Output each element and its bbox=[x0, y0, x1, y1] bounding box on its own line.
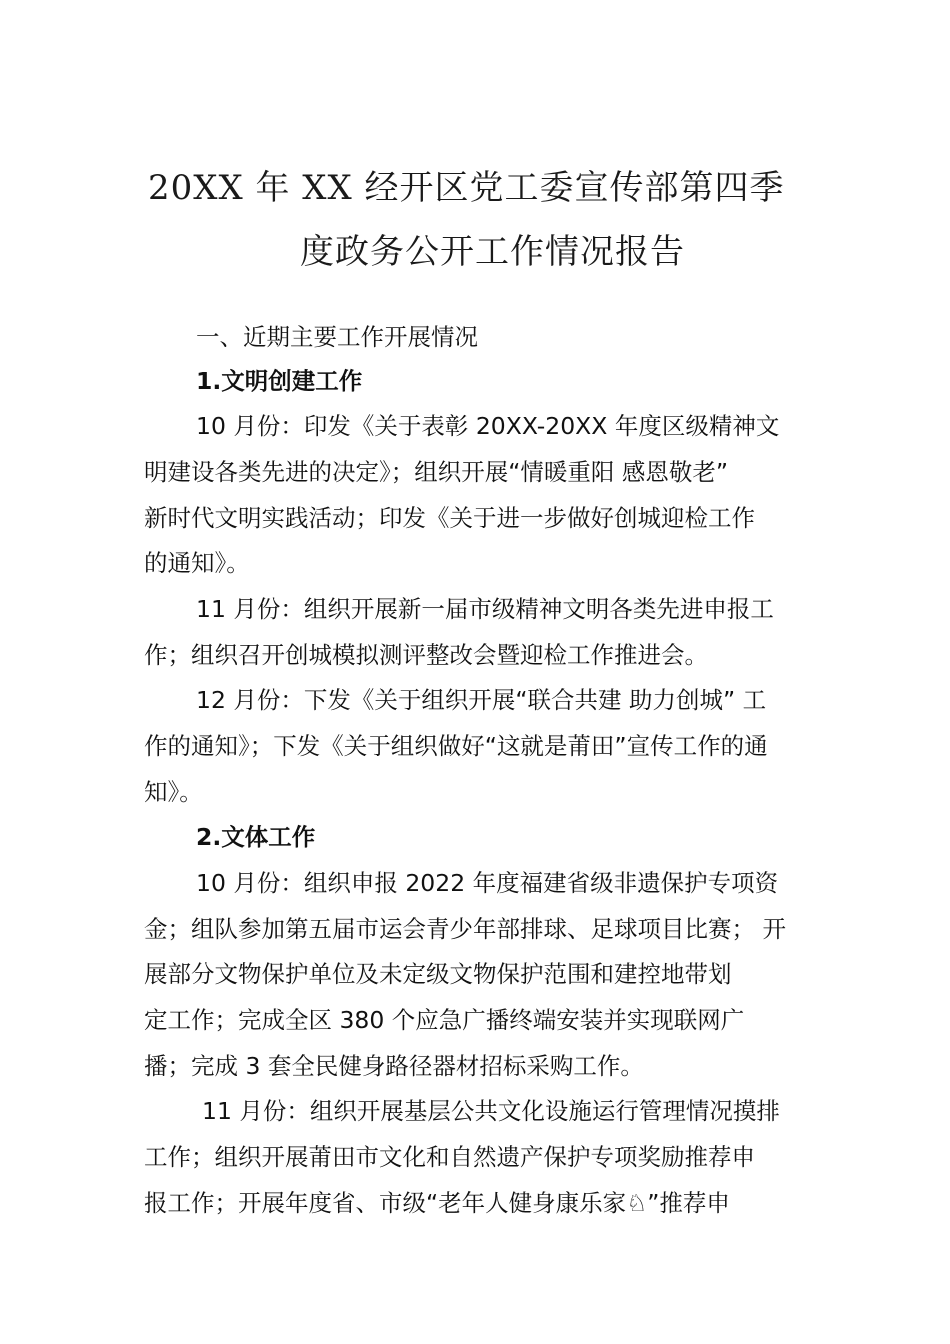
paragraph-line: 定工作；完成全区 380 个应急广播终端安装并实现联网广 bbox=[144, 1003, 744, 1037]
paragraph-line: 展部分文物保护单位及未定级文物保护范围和建控地带划 bbox=[144, 957, 732, 991]
document-page: 20XX 年 XX 经开区党工委宣传部第四季 度政务公开工作情况报告 一、近期主… bbox=[0, 0, 950, 1344]
paragraph-line: 的通知》。 bbox=[144, 546, 250, 580]
paragraph-line: 11 月份：组织开展基层公共文化设施运行管理情况摸排 bbox=[202, 1094, 780, 1128]
paragraph-line: 10 月份：组织申报 2022 年度福建省级非遗保护专项资 bbox=[196, 866, 778, 900]
document-title-line-2: 度政务公开工作情况报告 bbox=[300, 224, 685, 273]
paragraph-line: 报工作；开展年度省、市级“老年人健身康乐家♘”推荐申 bbox=[144, 1186, 730, 1220]
paragraph-line: 11 月份：组织开展新一届市级精神文明各类先进申报工 bbox=[196, 592, 774, 626]
paragraph-line: 10 月份：印发《关于表彰 20XX-20XX 年度区级精神文 bbox=[196, 409, 779, 443]
paragraph-line: 知》。 bbox=[144, 775, 203, 809]
subsection-heading-civilization: 1.文明创建工作 bbox=[196, 364, 362, 398]
paragraph-line: 工作；组织开展莆田市文化和自然遗产保护专项奖励推荐申 bbox=[144, 1140, 755, 1174]
paragraph-line: 作；组织召开创城模拟测评整改会暨迎检工作推进会。 bbox=[144, 638, 708, 672]
document-title-line-1: 20XX 年 XX 经开区党工委宣传部第四季 bbox=[148, 160, 785, 209]
paragraph-line: 作的通知》；下发《关于组织做好“这就是莆田”宣传工作的通 bbox=[144, 729, 768, 763]
paragraph-line: 播；完成 3 套全民健身路径器材招标采购工作。 bbox=[144, 1049, 644, 1083]
paragraph-line: 明建设各类先进的决定》；组织开展“情暖重阳 感恩敬老” bbox=[144, 455, 728, 489]
paragraph-line: 金；组队参加第五届市运会青少年部排球、足球项目比赛； 开 bbox=[144, 912, 786, 946]
subsection-heading-culture-sports: 2.文体工作 bbox=[196, 820, 315, 854]
section-heading: 一、近期主要工作开展情况 bbox=[196, 320, 478, 354]
paragraph-line: 12 月份：下发《关于组织开展“联合共建 助力创城” 工 bbox=[196, 683, 766, 717]
paragraph-line: 新时代文明实践活动；印发《关于进一步做好创城迎检工作 bbox=[144, 501, 755, 535]
